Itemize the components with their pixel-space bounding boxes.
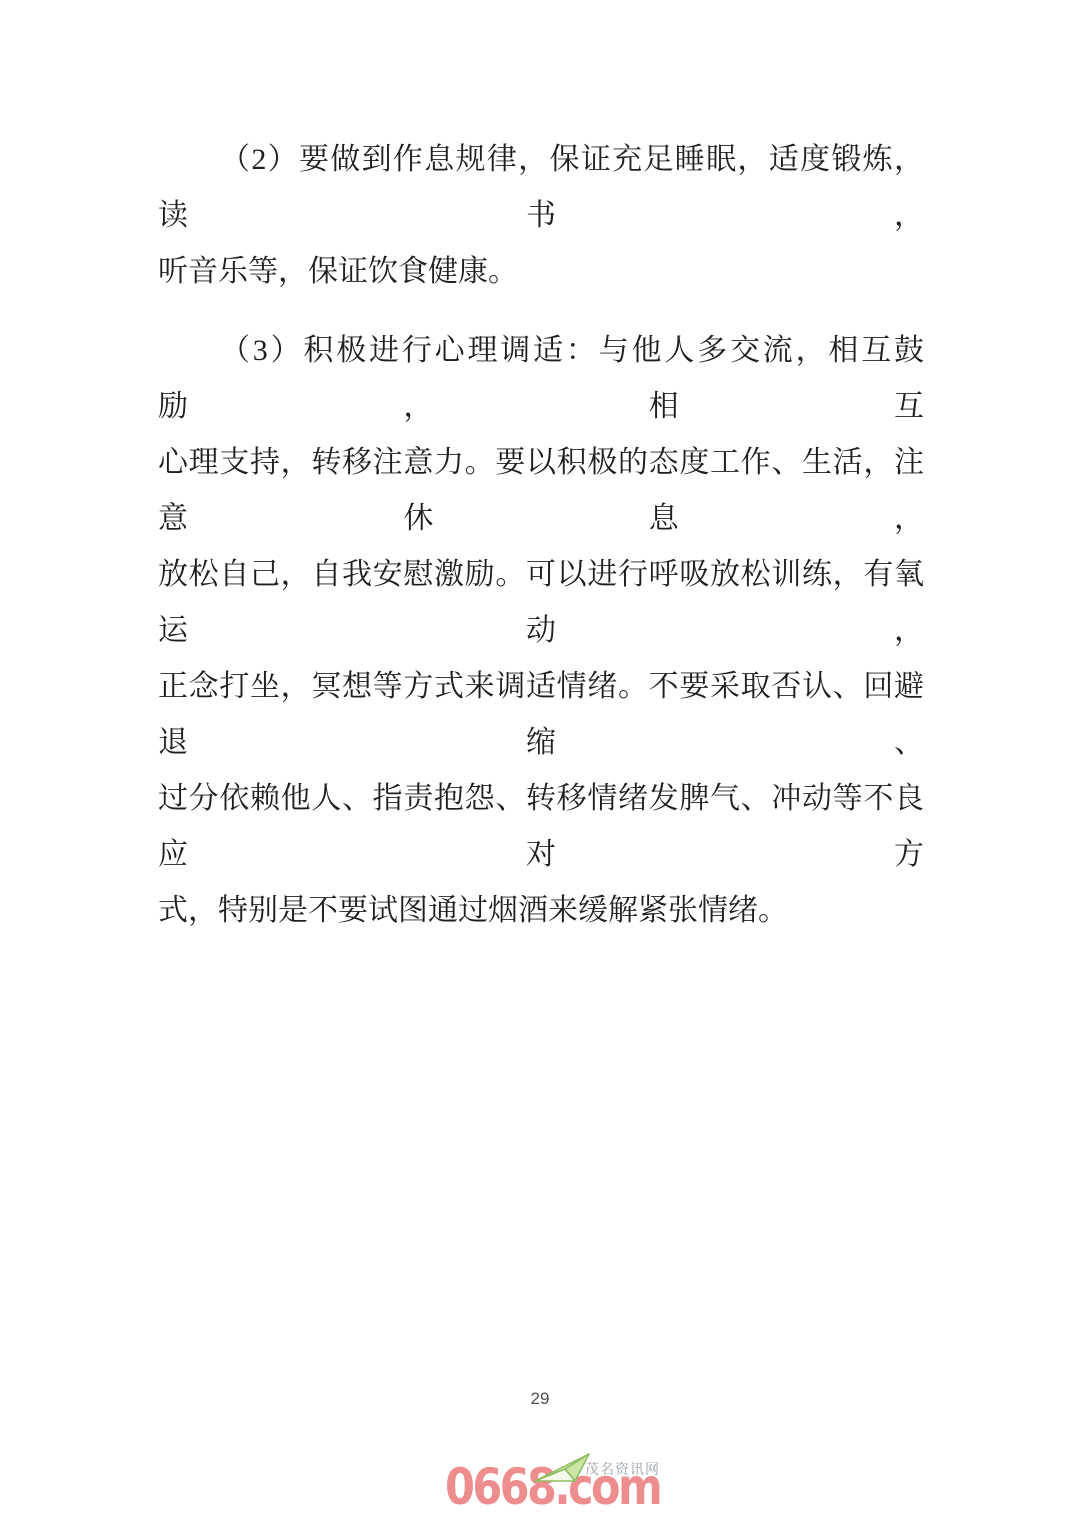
page-number: 29 <box>0 1389 1080 1409</box>
document-page: { "doc": { "paragraphs": [ { "lines": [ … <box>0 0 1080 1527</box>
paragraph-3: （3）积极进行心理调适：与他人多交流，相互鼓励，相互 心理支持，转移注意力。要以… <box>158 323 924 939</box>
text-line: 式，特别是不要试图通过烟酒来缓解紧张情绪。 <box>158 883 924 939</box>
watermark-logo: 0668.com 茂名资讯网 <box>445 1452 665 1516</box>
text-line: 正念打坐，冥想等方式来调适情绪。不要采取否认、回避退缩、 <box>158 659 924 771</box>
paper-plane-icon <box>533 1452 591 1484</box>
text-line: 放松自己，自我安慰激励。可以进行呼吸放松训练，有氧运动， <box>158 547 924 659</box>
text-line: 听音乐等，保证饮食健康。 <box>158 244 924 300</box>
text-line: 过分依赖他人、指责抱怨、转移情绪发脾气、冲动等不良应对方 <box>158 771 924 883</box>
text-line: （2）要做到作息规律，保证充足睡眠，适度锻炼，读书， <box>158 132 924 244</box>
paragraph-2: （2）要做到作息规律，保证充足睡眠，适度锻炼，读书， 听音乐等，保证饮食健康。 <box>158 132 924 300</box>
text-line: （3）积极进行心理调适：与他人多交流，相互鼓励，相互 <box>158 323 924 435</box>
document-body: （2）要做到作息规律，保证充足睡眠，适度锻炼，读书， 听音乐等，保证饮食健康。 … <box>158 132 924 939</box>
text-line: 心理支持，转移注意力。要以积极的态度工作、生活，注意休息， <box>158 435 924 547</box>
site-name-label: 茂名资讯网 <box>585 1459 660 1479</box>
